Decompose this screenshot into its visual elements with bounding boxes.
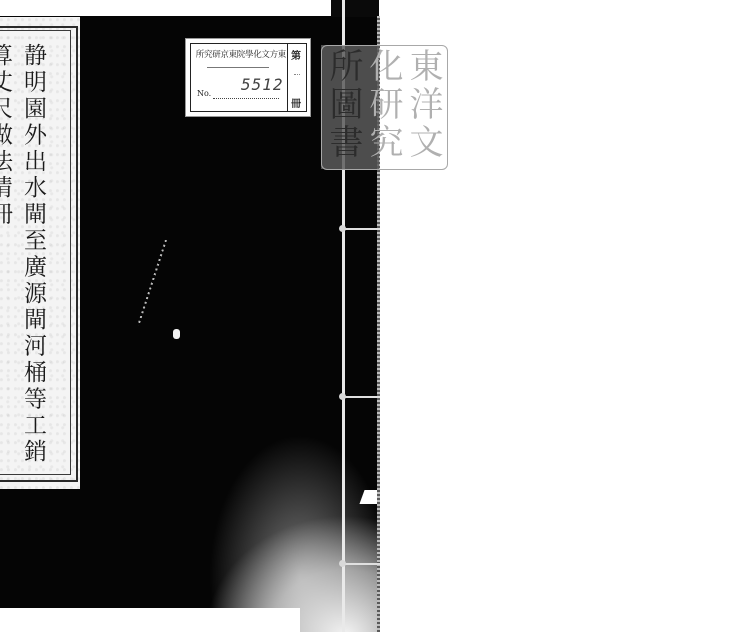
library-label: 東方文化學院東京研究所 5512 No. 第 冊 — [185, 38, 311, 117]
book-title: 静明園外出水閘至廣源閘河桶等工銷算丈尺做法清冊 — [16, 43, 50, 489]
spine-top — [331, 0, 379, 17]
seal-text: 東洋文化研究所圖書 — [323, 48, 443, 166]
binding-stitch — [342, 228, 380, 230]
volume-panel: 第 冊 — [288, 44, 306, 111]
catalog-number: 5512 — [241, 75, 284, 94]
label-frame: 東方文化學院東京研究所 5512 No. 第 冊 — [190, 43, 307, 112]
cover-blemish — [173, 329, 180, 339]
scanned-page: 静明園外出水閘至廣源閘河桶等工銷算丈尺做法清冊 東方文化學院東京研究所 5512… — [0, 0, 750, 632]
label-rule — [207, 67, 269, 68]
binding-stitch — [342, 563, 380, 565]
number-line — [213, 98, 279, 99]
institution-name: 東方文化學院東京研究所 — [194, 48, 286, 60]
seal-column-3: 所圖書 — [323, 48, 363, 162]
binding-stitch — [342, 396, 380, 398]
seal-column-1: 東洋文 — [403, 48, 443, 162]
volume-prefix: 第 — [291, 47, 301, 62]
number-prefix: No. — [197, 89, 211, 98]
volume-suffix: 冊 — [291, 95, 301, 110]
title-slip: 静明園外出水閘至廣源閘河桶等工銷算丈尺做法清冊 — [0, 17, 80, 489]
label-main-panel: 東方文化學院東京研究所 5512 No. — [191, 44, 288, 111]
seal-column-2: 化研究 — [363, 48, 403, 162]
volume-blank — [294, 74, 300, 75]
page-bottom-margin — [0, 608, 300, 632]
cover-tear — [359, 490, 384, 504]
